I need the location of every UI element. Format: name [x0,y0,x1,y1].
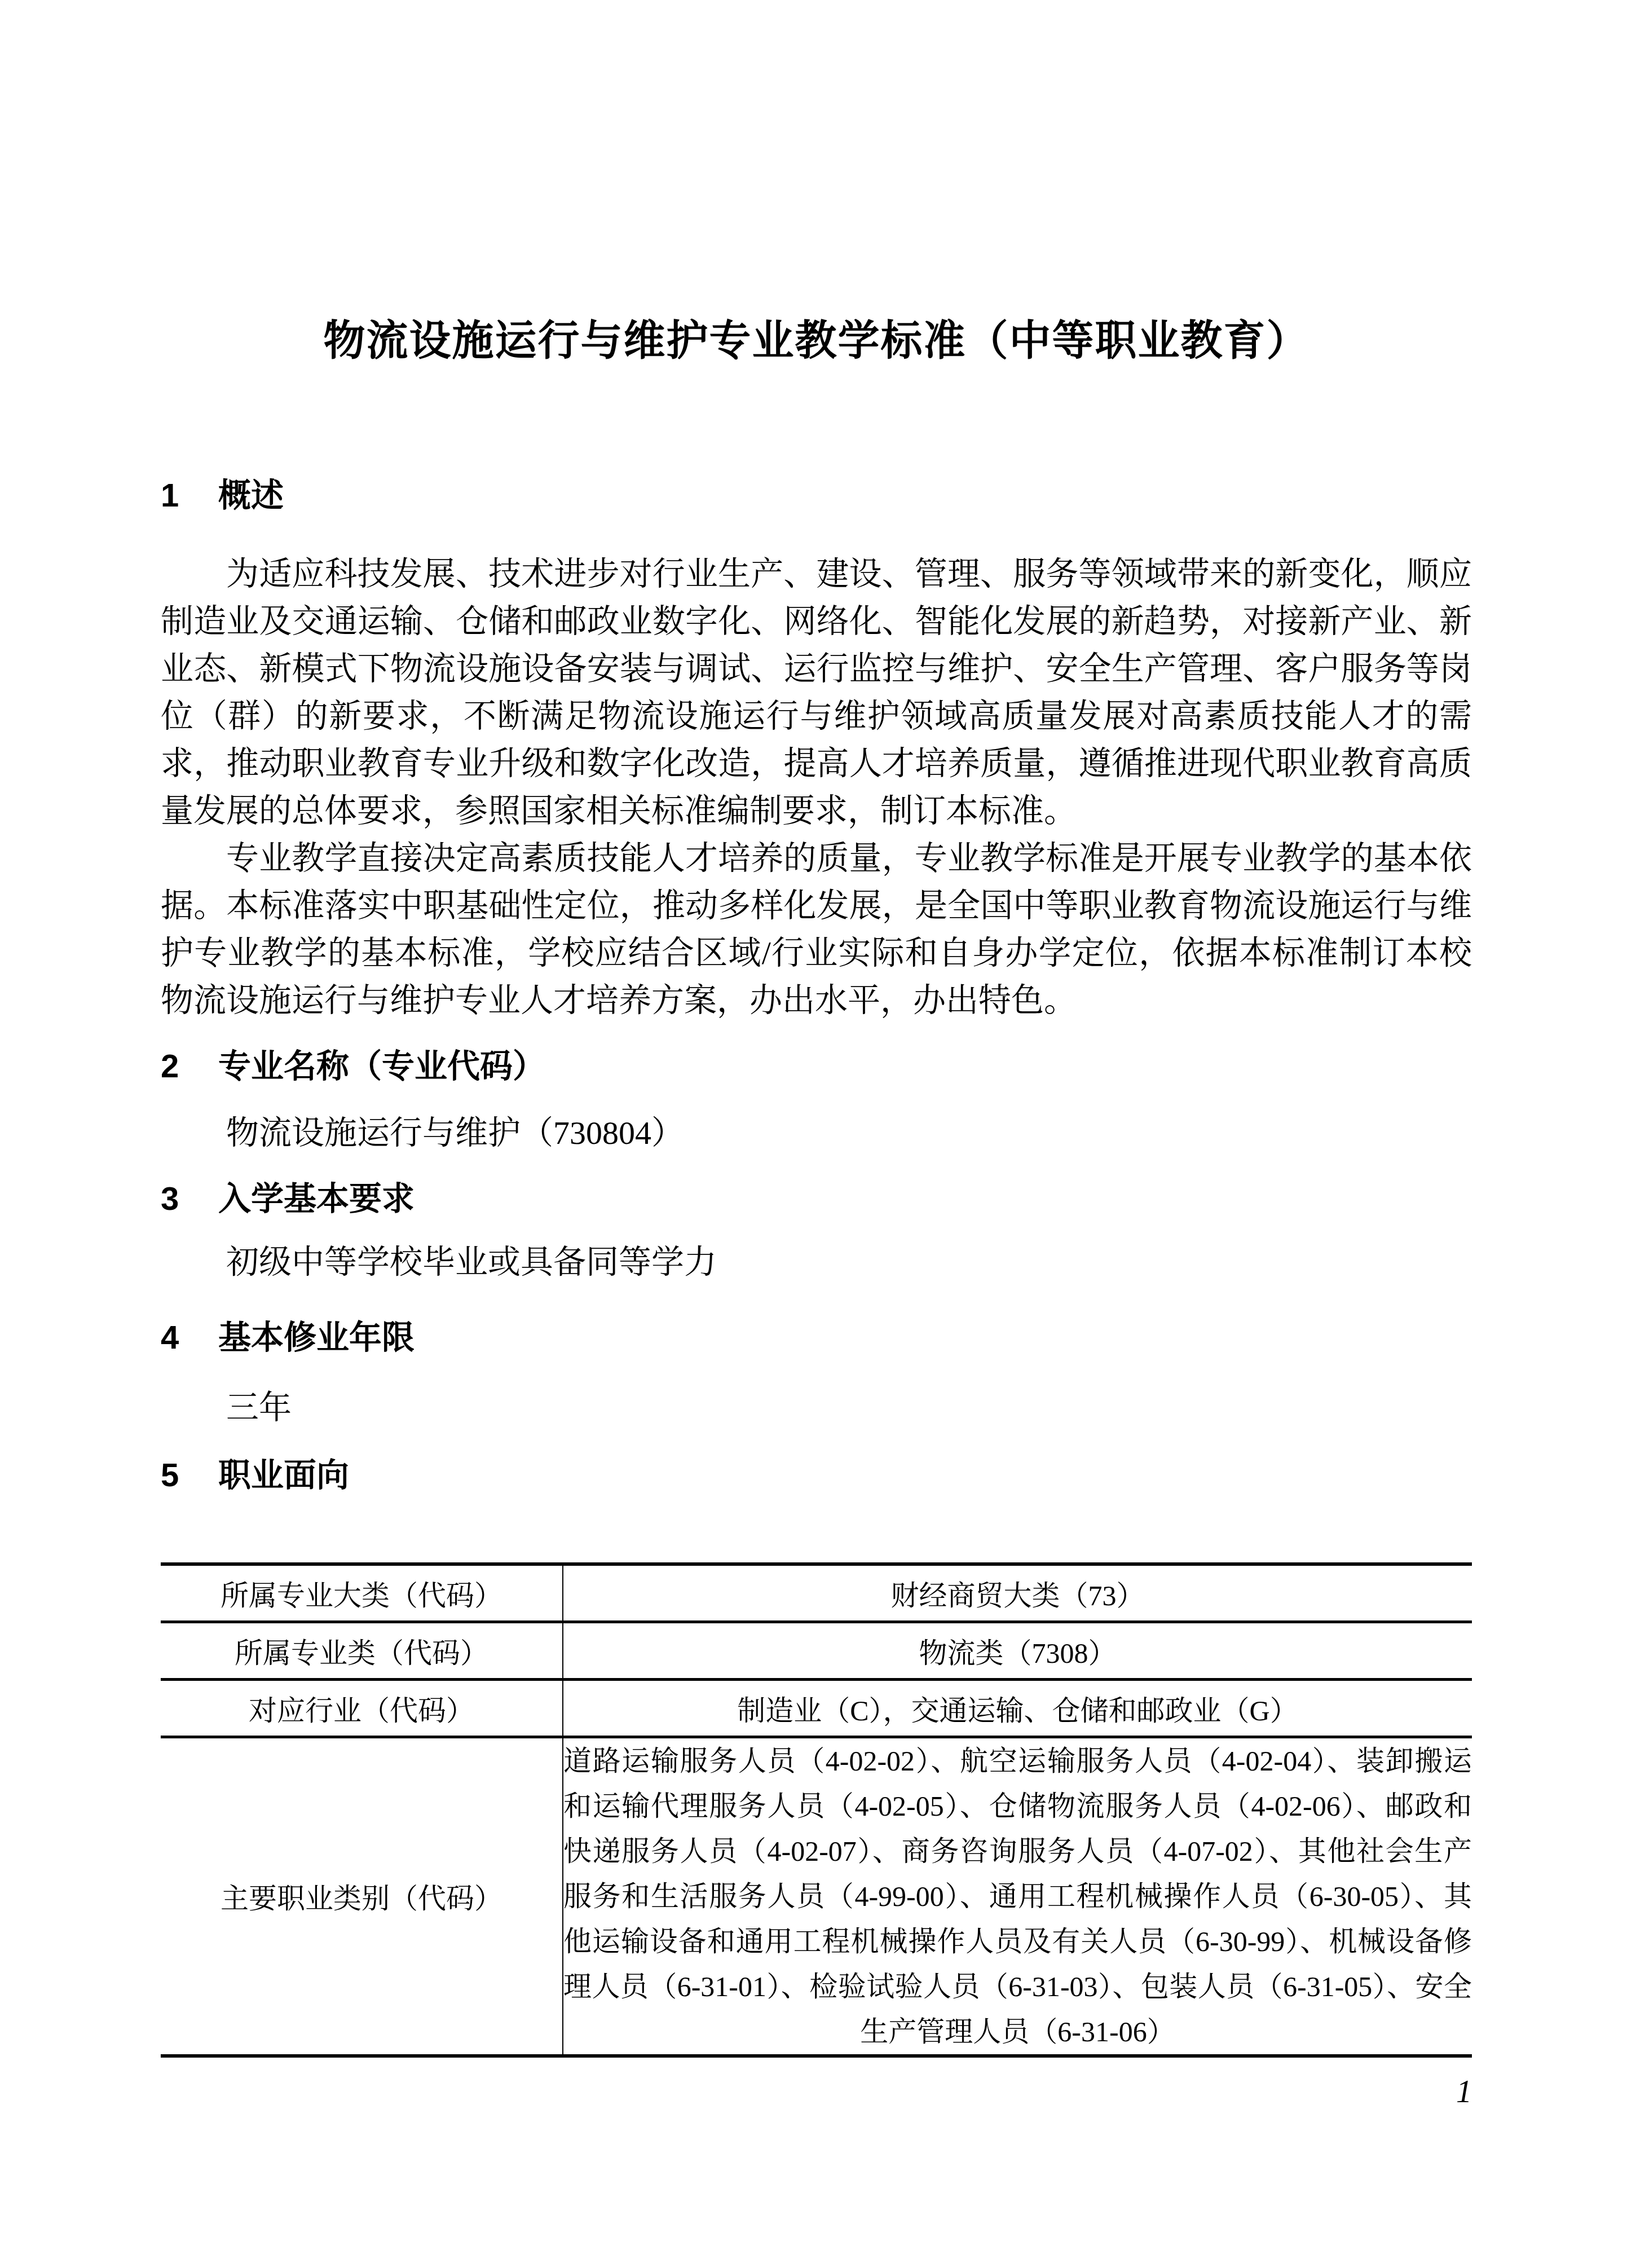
section-heading-entry-requirement: 3 入学基本要求 [161,1182,1472,1217]
paragraph: 专业教学直接决定高素质技能人才培养的质量，专业教学标准是开展专业教学的基本依据。… [161,835,1472,1024]
career-orientation-table: 所属专业大类（代码） 财经商贸大类（73） 所属专业类（代码） 物流类（7308… [161,1562,1472,2058]
table-label-cell: 主要职业类别（代码） [161,1737,563,2056]
section-heading-career-orientation: 5 职业面向 [161,1458,1472,1493]
section-title: 专业名称（专业代码） [218,1049,545,1084]
section-title: 概述 [218,478,284,513]
section-heading-overview: 1 概述 [161,478,1472,513]
table-value-cell: 财经商贸大类（73） [563,1564,1472,1622]
section-number: 2 [161,1049,180,1084]
study-duration-value: 三年 [161,1390,1472,1425]
section-heading-major-name: 2 专业名称（专业代码） [161,1049,1472,1084]
paragraph: 为适应科技发展、技术进步对行业生产、建设、管理、服务等领域带来的新变化，顺应制造… [161,551,1472,835]
section-title: 基本修业年限 [218,1320,415,1355]
page-number: 1 [161,2075,1472,2110]
table-value-cell: 物流类（7308） [563,1622,1472,1680]
table-row: 主要职业类别（代码） 道路运输服务人员（4-02-02）、航空运输服务人员（4-… [161,1737,1472,2056]
document-title: 物流设施运行与维护专业教学标准（中等职业教育） [161,313,1472,369]
table-value-cell: 道路运输服务人员（4-02-02）、航空运输服务人员（4-02-04）、装卸搬运… [563,1737,1472,2056]
table-value-cell: 制造业（C），交通运输、仓储和邮政业（G） [563,1680,1472,1737]
section-heading-study-duration: 4 基本修业年限 [161,1320,1472,1355]
section-number: 1 [161,478,180,513]
table-row: 所属专业大类（代码） 财经商贸大类（73） [161,1564,1472,1622]
document-page: 物流设施运行与维护专业教学标准（中等职业教育） 1 概述 为适应科技发展、技术进… [0,0,1627,2268]
table-row: 对应行业（代码） 制造业（C），交通运输、仓储和邮政业（G） [161,1680,1472,1737]
entry-requirement-value: 初级中等学校毕业或具备同等学力 [161,1245,1472,1280]
table-row: 所属专业类（代码） 物流类（7308） [161,1622,1472,1680]
section-title: 入学基本要求 [218,1182,415,1217]
table-label-cell: 所属专业类（代码） [161,1622,563,1680]
section-number: 5 [161,1458,180,1493]
table-label-cell: 所属专业大类（代码） [161,1564,563,1622]
section-title: 职业面向 [218,1458,349,1493]
section-number: 3 [161,1182,180,1217]
table-label-cell: 对应行业（代码） [161,1680,563,1737]
major-name-value: 物流设施运行与维护（730804） [161,1116,1472,1151]
overview-paragraphs: 为适应科技发展、技术进步对行业生产、建设、管理、服务等领域带来的新变化，顺应制造… [161,551,1472,1024]
section-number: 4 [161,1320,180,1355]
